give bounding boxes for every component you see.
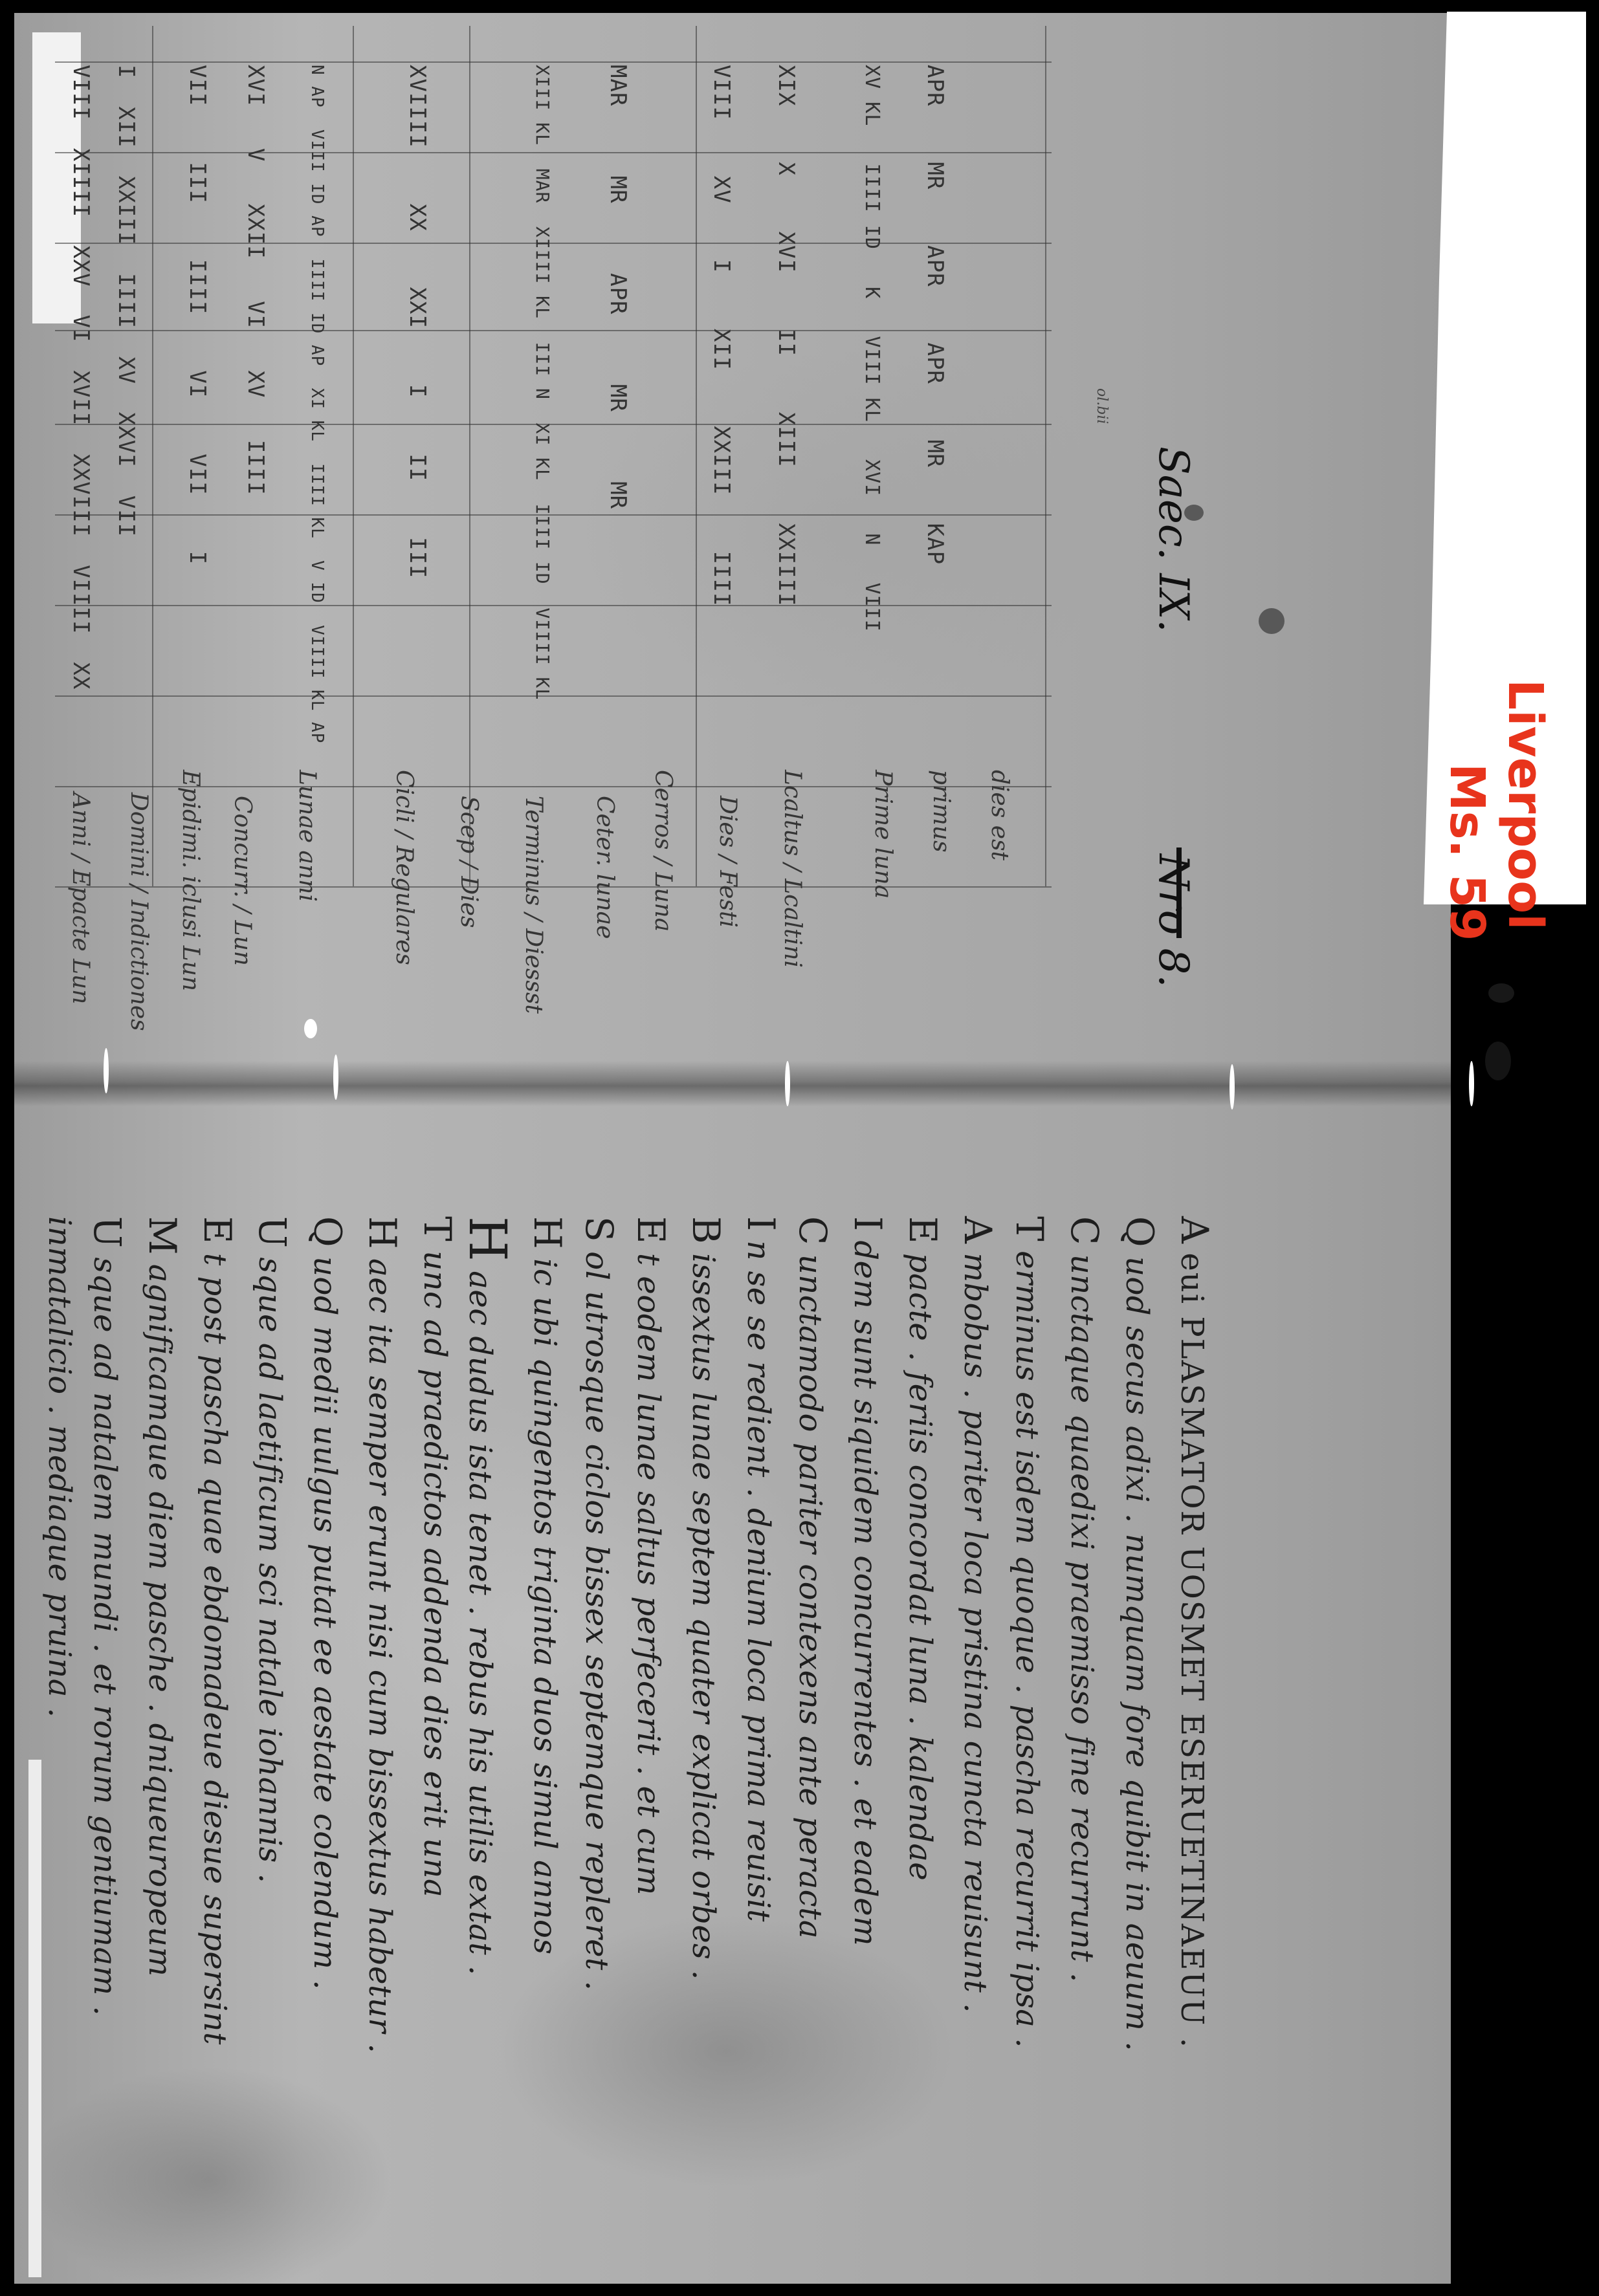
binding-gutter: [14, 1061, 1451, 1106]
stitch-hole: [785, 1061, 790, 1106]
table-row-label: Terminus / Diessst: [520, 796, 547, 1014]
table-cell-column: VII III IIII VI VII I: [184, 65, 210, 565]
verse-line: Hic ubi quingentos triginta duos simul a…: [525, 1216, 569, 1955]
table-row-label: Prime luna: [870, 770, 896, 899]
verse-line: Et eodem lunae saltus perfecerit . et cu…: [629, 1216, 673, 1896]
verse-line: Terminus est isdem quoque . pascha recur…: [1008, 1216, 1052, 2048]
stitch-hole: [333, 1055, 338, 1100]
verse-line: Magnificamque diem pasche . dniqueuropeu…: [140, 1216, 184, 1977]
verse-line: Cunctaque quaedixi praemisso fine recurr…: [1063, 1216, 1107, 1983]
table-row-label: Cicli / Regulares: [391, 770, 417, 965]
verse-line: Ambobus . pariter loca pristina cuncta r…: [956, 1216, 1000, 2013]
verse-line: Aeui PLASMATOR UOSMET ESERUETINAEUU .: [1173, 1216, 1217, 2049]
table-row-label: primus: [928, 770, 954, 853]
table-row-label: Concurr. / Lun: [229, 796, 256, 966]
verse-line: In se se redient . denium loca prima reu…: [739, 1216, 783, 1922]
verse-line: Usque ad natalem mundi . et rorum gentiu…: [85, 1216, 129, 2016]
table-cell-column: XIX X XVI II XIII XXIIII: [773, 65, 799, 606]
verse-line: Haec ita semper erunt nisi cum bissextus…: [360, 1216, 404, 2053]
table-cell-column: MAR MR APR MR MR: [605, 65, 631, 509]
table-cell-column: APR MR APR APR MR KAP: [922, 65, 948, 565]
ink-blot: [1485, 1042, 1511, 1080]
table-cell-column: XV KL IIII ID K VIII KL XVI N VIII: [861, 65, 883, 632]
paper-strip-bottom-left: [28, 1760, 41, 2277]
number-note: Nro 8.: [1149, 854, 1197, 988]
table-row-label: dies est: [986, 770, 1013, 860]
table-cell-column: XVIIII XX XXI I II III: [404, 65, 430, 579]
stitch-hole: [1230, 1064, 1235, 1110]
table-row-label: Dies / Festi: [714, 796, 741, 928]
verse-line: Quod secus adixi . numquam fore quibit i…: [1118, 1216, 1162, 2051]
shelfmark-line-2: Ms. 59: [1439, 763, 1495, 941]
verse-line: Bissextus lunae septem quater explicat o…: [684, 1216, 728, 1980]
verse-line: Idem sunt siquidem concurrentes . et ead…: [846, 1216, 890, 1946]
number-note-underline: [1176, 847, 1182, 938]
table-cell-column: XIII KL MAR XIIII KL III N XI KL IIII ID…: [532, 65, 553, 700]
table-cell-column: VIII XIIII XXV VI XVII XXVIII VIIII XX: [68, 65, 94, 690]
table-cell-column: N AP VIII ID AP IIII ID AP XI KL IIII KL…: [307, 65, 327, 743]
small-note: ol.bii: [1094, 388, 1110, 424]
verse-line: Tunc ad praedictos addenda dies erit una: [415, 1216, 459, 1897]
table-row-label: Lunae anni: [294, 770, 320, 902]
table-row-label: Cerros / Luna: [650, 770, 676, 932]
ink-blot: [1488, 983, 1514, 1003]
verse-line: Usque ad laetificum sci natale iohannis …: [250, 1216, 294, 1883]
table-row-label: Lcaltus / Lcaltini: [779, 770, 806, 968]
table-row-label: Scep / Dies: [456, 796, 482, 928]
verse-line: Epacte . feriis concordat luna . kalenda…: [901, 1216, 945, 1881]
verse-line: Sol utrosque ciclos bissex septemque rep…: [577, 1216, 621, 1991]
table-cell-column: XVI V XXII VI XV IIII: [243, 65, 269, 496]
table-row-label: Domini / Indictiones: [126, 793, 152, 1031]
verse-line: Cunctamodo pariter contexens ante peract…: [791, 1216, 835, 1939]
verse-line: Quod medii uulgus putat ee aestate colen…: [305, 1216, 349, 1990]
verse-line: Haec dudus ista tenet . rebus his utilis…: [458, 1216, 518, 1976]
table-row-label: Epidimi. iclusi Lun: [177, 770, 204, 991]
shelfmark-line-1: Liverpool: [1497, 679, 1553, 930]
stitch-hole: [104, 1048, 109, 1093]
table-row-label: Ceter. lunae: [591, 796, 618, 939]
ink-blot: [1259, 608, 1285, 634]
computus-table: VIII XIIII XXV VI XVII XXVIII VIIII XX I…: [55, 26, 1052, 938]
table-cell-column: VIII XV I XII XXIII IIII: [709, 65, 734, 606]
date-note: Saec. IX.: [1149, 446, 1197, 633]
verse-line: Et post pascha quae ebdomadeue diesue su…: [195, 1216, 239, 2045]
table-cell-column: I XII XXIII IIII XV XXVI VII: [113, 65, 139, 537]
table-row-label: Anni / Epacte Lun: [67, 793, 94, 1004]
verse-line: inmatalicio . mediaque pruina .: [41, 1216, 78, 1718]
stitch-hole: [1469, 1061, 1474, 1106]
stitch-hole: [304, 1019, 317, 1038]
